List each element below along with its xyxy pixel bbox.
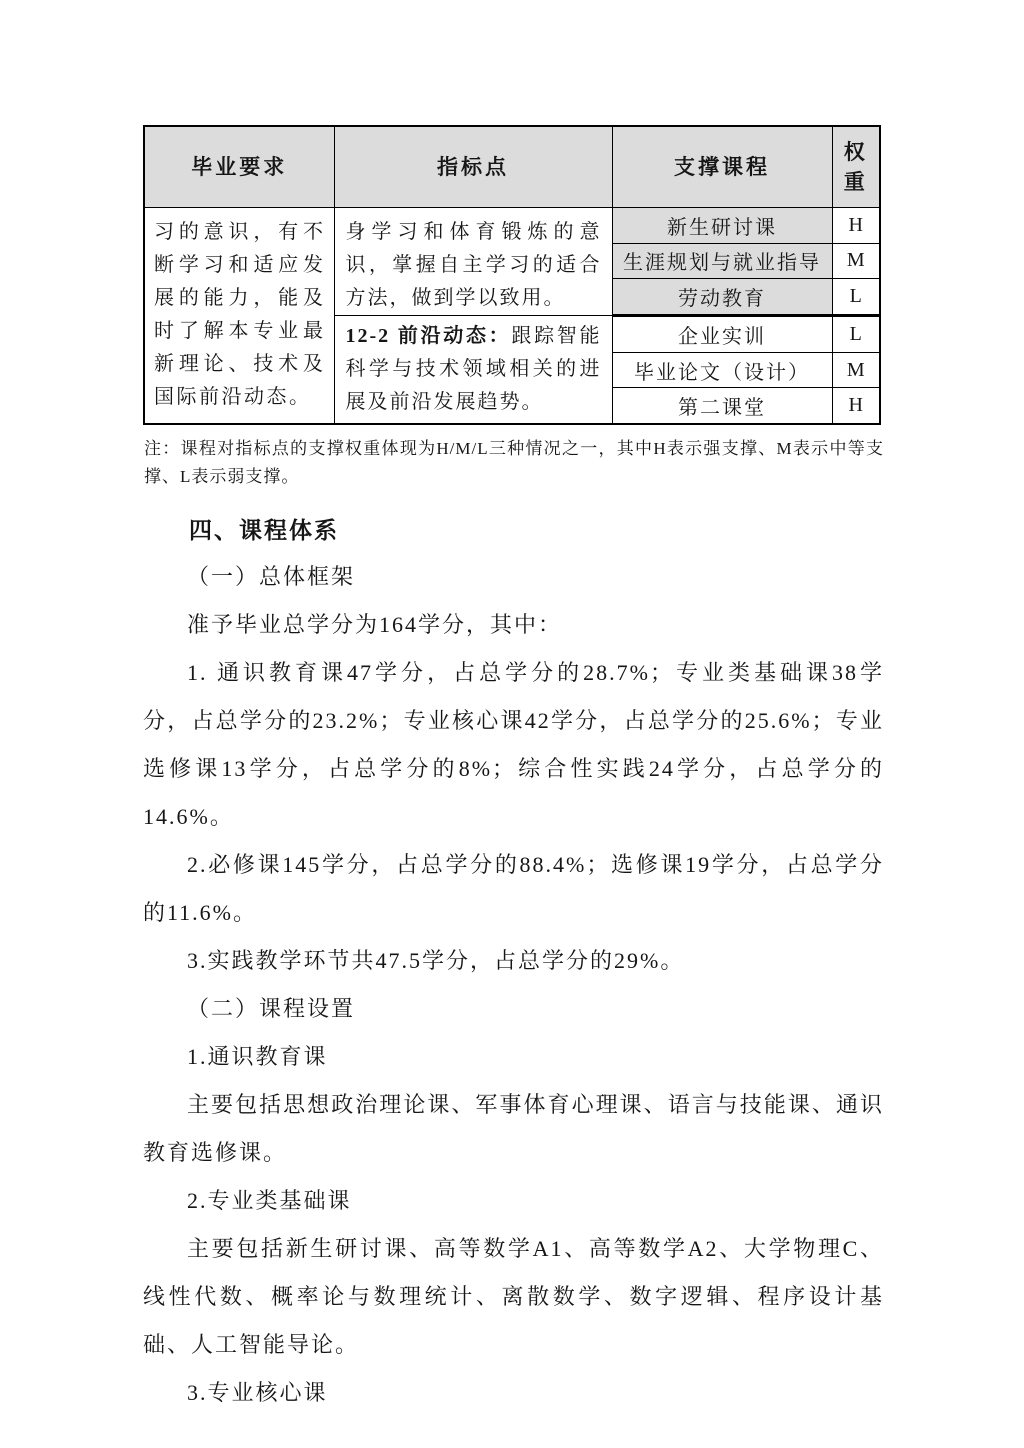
paragraph-general-education: 主要包括思想政治理论课、军事体育心理课、语言与技能课、通识教育选修课。 xyxy=(143,1081,884,1177)
document-page: 毕业要求 指标点 支撑课程 权重 习的意识，有不断学习和适应发展的能力，能及时了… xyxy=(0,0,1024,1448)
table-note: 注：课程对指标点的支撑权重体现为H/M/L三种情况之一，其中H表示强支撑、M表示… xyxy=(144,435,884,491)
course-cell: 第二课堂 xyxy=(612,388,832,424)
indicator-cell-2: 12-2 前沿动态：跟踪智能科学与技术领域相关的进展及前沿发展趋势。 xyxy=(334,316,612,425)
item-heading-foundation-courses: 2.专业类基础课 xyxy=(143,1177,884,1225)
indicator-cell-1: 身学习和体育锻炼的意识，掌握自主学习的适合方法，做到学以致用。 xyxy=(334,208,612,316)
course-cell: 毕业论文（设计） xyxy=(612,352,832,388)
course-cell: 新生研讨课 xyxy=(612,208,832,244)
subsection-heading-1: （一）总体框架 xyxy=(143,553,884,601)
table-row: 习的意识，有不断学习和适应发展的能力，能及时了解本专业最新理论、技术及国际前沿动… xyxy=(144,208,880,244)
course-cell: 劳动教育 xyxy=(612,279,832,316)
col-header-supporting-course: 支撑课程 xyxy=(612,126,832,208)
paragraph-total-credits: 准予毕业总学分为164学分，其中： xyxy=(143,601,884,649)
page-content: 毕业要求 指标点 支撑课程 权重 习的意识，有不断学习和适应发展的能力，能及时了… xyxy=(143,125,884,1417)
col-header-indicator-point: 指标点 xyxy=(334,126,612,208)
weight-cell: H xyxy=(832,388,880,424)
weight-cell: M xyxy=(832,352,880,388)
graduation-requirement-cell: 习的意识，有不断学习和适应发展的能力，能及时了解本专业最新理论、技术及国际前沿动… xyxy=(144,208,334,425)
subsection-heading-2: （二）课程设置 xyxy=(143,985,884,1033)
section-heading: 四、课程体系 xyxy=(143,507,884,553)
indicator-1-text: 身学习和体育锻炼的意识，掌握自主学习的适合方法，做到学以致用。 xyxy=(346,221,602,309)
paragraph-practice-credits: 3.实践教学环节共47.5学分，占总学分的29%。 xyxy=(143,937,884,985)
course-cell: 生涯规划与就业指导 xyxy=(612,243,832,279)
weight-cell: L xyxy=(832,279,880,316)
item-heading-general-education: 1.通识教育课 xyxy=(143,1033,884,1081)
weight-cell: L xyxy=(832,316,880,353)
weight-cell: M xyxy=(832,243,880,279)
col-header-weight: 权重 xyxy=(832,126,880,208)
indicator-2-label: 12-2 前沿动态： xyxy=(346,325,512,347)
paragraph-foundation-courses: 主要包括新生研讨课、高等数学A1、高等数学A2、大学物理C、线性代数、概率论与数… xyxy=(143,1225,884,1369)
paragraph-required-elective: 2.必修课145学分，占总学分的88.4%；选修课19学分，占总学分的11.6%… xyxy=(143,841,884,937)
col-header-graduation-requirement: 毕业要求 xyxy=(144,126,334,208)
weight-cell: H xyxy=(832,208,880,244)
course-cell: 企业实训 xyxy=(612,316,832,353)
support-weight-table: 毕业要求 指标点 支撑课程 权重 习的意识，有不断学习和适应发展的能力，能及时了… xyxy=(143,125,881,425)
item-heading-core-courses: 3.专业核心课 xyxy=(143,1369,884,1417)
table-header-row: 毕业要求 指标点 支撑课程 权重 xyxy=(144,126,880,208)
paragraph-credit-breakdown: 1. 通识教育课47学分，占总学分的28.7%；专业类基础课38学分，占总学分的… xyxy=(143,649,884,841)
